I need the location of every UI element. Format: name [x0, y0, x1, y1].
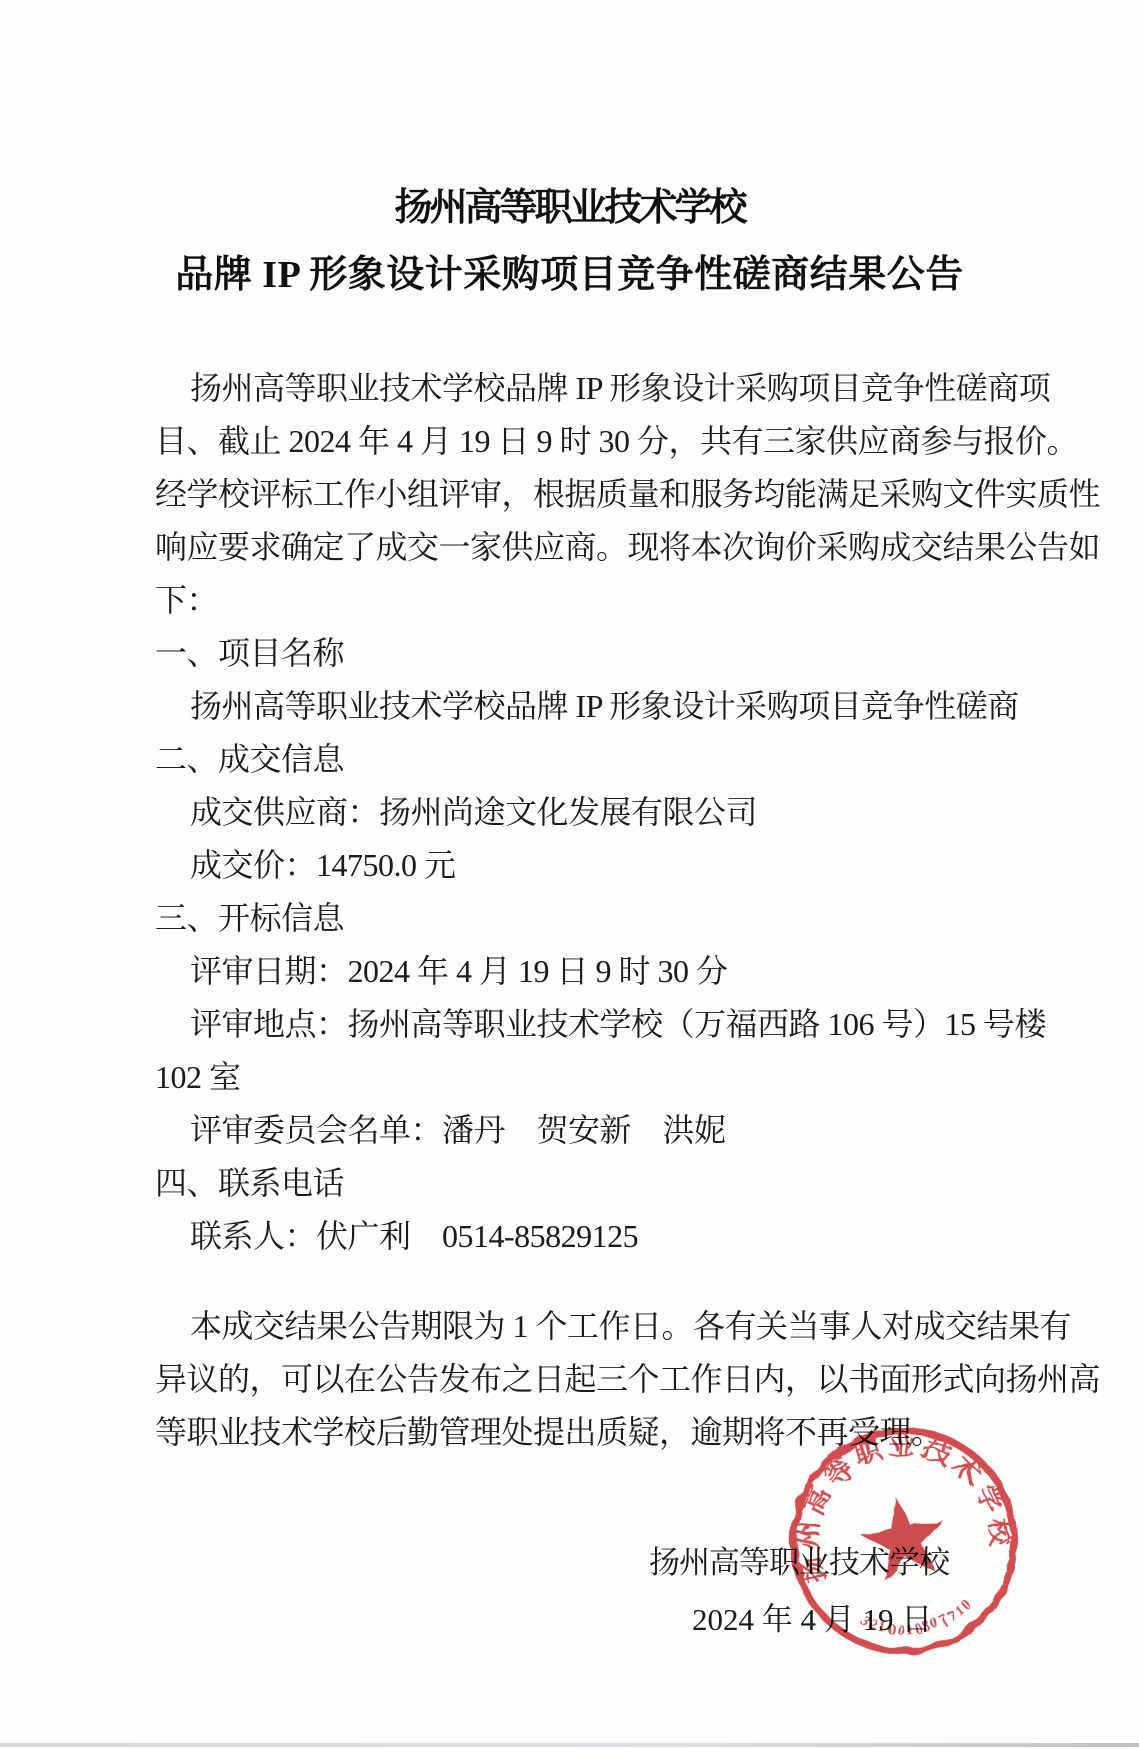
signature-date: 2024 年 4 月 19 日 — [692, 1594, 932, 1639]
body-line: 经学校评标工作小组评审，根据质量和服务均能满足采购文件实质性 — [155, 468, 995, 521]
body-line: 评审地点：扬州高等职业技术学校（万福西路 106 号）15 号楼 — [155, 998, 995, 1051]
scan-edge-artifact — [0, 1743, 1139, 1747]
body-line: 等职业技术学校后勤管理处提出质疑，逾期将不再受理。 — [155, 1406, 995, 1459]
signature-org: 扬州高等职业技术学校 — [649, 1537, 949, 1582]
body-line: 联系人：伏广利 0514-85829125 — [155, 1210, 995, 1263]
body-line: 异议的，可以在公告发布之日起三个工作日内，以书面形式向扬州高 — [155, 1353, 995, 1406]
body-line: 四、联系电话 — [155, 1157, 995, 1210]
body-line: 目、截止 2024 年 4 月 19 日 9 时 30 分，共有三家供应商参与报… — [155, 415, 995, 468]
body-line: 二、成交信息 — [155, 733, 995, 786]
body-line: 扬州高等职业技术学校品牌 IP 形象设计采购项目竞争性磋商项 — [155, 362, 995, 415]
body-line: 下： — [155, 574, 995, 627]
body-line: 响应要求确定了成交一家供应商。现将本次询价采购成交结果公告如 — [155, 521, 995, 574]
body-line: 102 室 — [155, 1051, 995, 1104]
body-line: 一、项目名称 — [155, 627, 995, 680]
body-line: 本成交结果公告期限为 1 个工作日。各有关当事人对成交结果有 — [155, 1300, 995, 1353]
body-line: 三、开标信息 — [155, 892, 995, 945]
body-line: 评审日期：2024 年 4 月 19 日 9 时 30 分 — [155, 945, 995, 998]
body-line: 评审委员会名单：潘丹 贺安新 洪妮 — [155, 1104, 995, 1157]
document-title-line2: 品牌 IP 形象设计采购项目竞争性磋商结果公告 — [0, 243, 1139, 298]
body-line: 扬州高等职业技术学校品牌 IP 形象设计采购项目竞争性磋商 — [155, 680, 995, 733]
body-line: 成交价：14750.0 元 — [155, 839, 995, 892]
document-body: 扬州高等职业技术学校品牌 IP 形象设计采购项目竞争性磋商项目、截止 2024 … — [155, 362, 995, 1459]
body-line: 成交供应商：扬州尚途文化发展有限公司 — [155, 786, 995, 839]
document-title-line1: 扬州高等职业技术学校 — [0, 176, 1139, 231]
document-page: 扬州高等职业技术学校 品牌 IP 形象设计采购项目竞争性磋商结果公告 扬州高等职… — [0, 0, 1139, 1749]
